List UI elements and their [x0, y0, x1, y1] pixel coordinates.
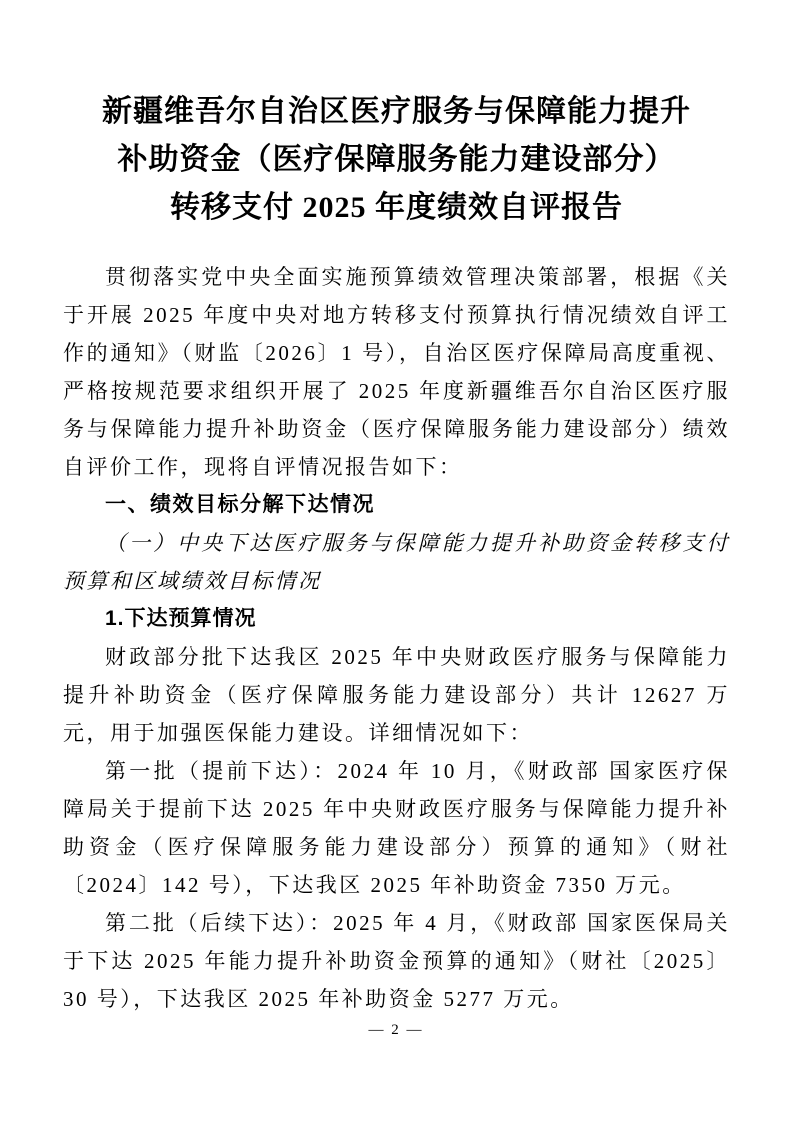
paragraph-budget-total: 财政部分批下达我区 2025 年中央财政医疗服务与保障能力提升补助资金（医疗保障… [63, 638, 730, 752]
paragraph-intro: 贯彻落实党中央全面实施预算绩效管理决策部署，根据《关于开展 2025 年度中央对… [63, 258, 730, 486]
section-heading-1: 一、绩效目标分解下达情况 [63, 486, 730, 524]
document-title-line-2: 补助资金（医疗保障服务能力建设部分） [63, 136, 730, 184]
section-heading-1-1: （一）中央下达医疗服务与保障能力提升补助资金转移支付预算和区域绩效目标情况 [63, 524, 730, 600]
document-title-line-1: 新疆维吾尔自治区医疗服务与保障能力提升 [63, 88, 730, 136]
paragraph-batch-1: 第一批（提前下达）：2024 年 10 月，《财政部 国家医疗保障局关于提前下达… [63, 752, 730, 904]
document-title-line-3: 转移支付 2025 年度绩效自评报告 [63, 184, 730, 232]
page-number: — 2 — [0, 1022, 792, 1039]
section-heading-1-1-1: 1.下达预算情况 [63, 600, 730, 638]
document-page: 新疆维吾尔自治区医疗服务与保障能力提升 补助资金（医疗保障服务能力建设部分） 转… [0, 0, 792, 1121]
document-body: 贯彻落实党中央全面实施预算绩效管理决策部署，根据《关于开展 2025 年度中央对… [63, 258, 730, 1018]
paragraph-batch-2: 第二批（后续下达）：2025 年 4 月，《财政部 国家医保局关于下达 2025… [63, 904, 730, 1018]
document-title: 新疆维吾尔自治区医疗服务与保障能力提升 补助资金（医疗保障服务能力建设部分） 转… [63, 88, 730, 232]
